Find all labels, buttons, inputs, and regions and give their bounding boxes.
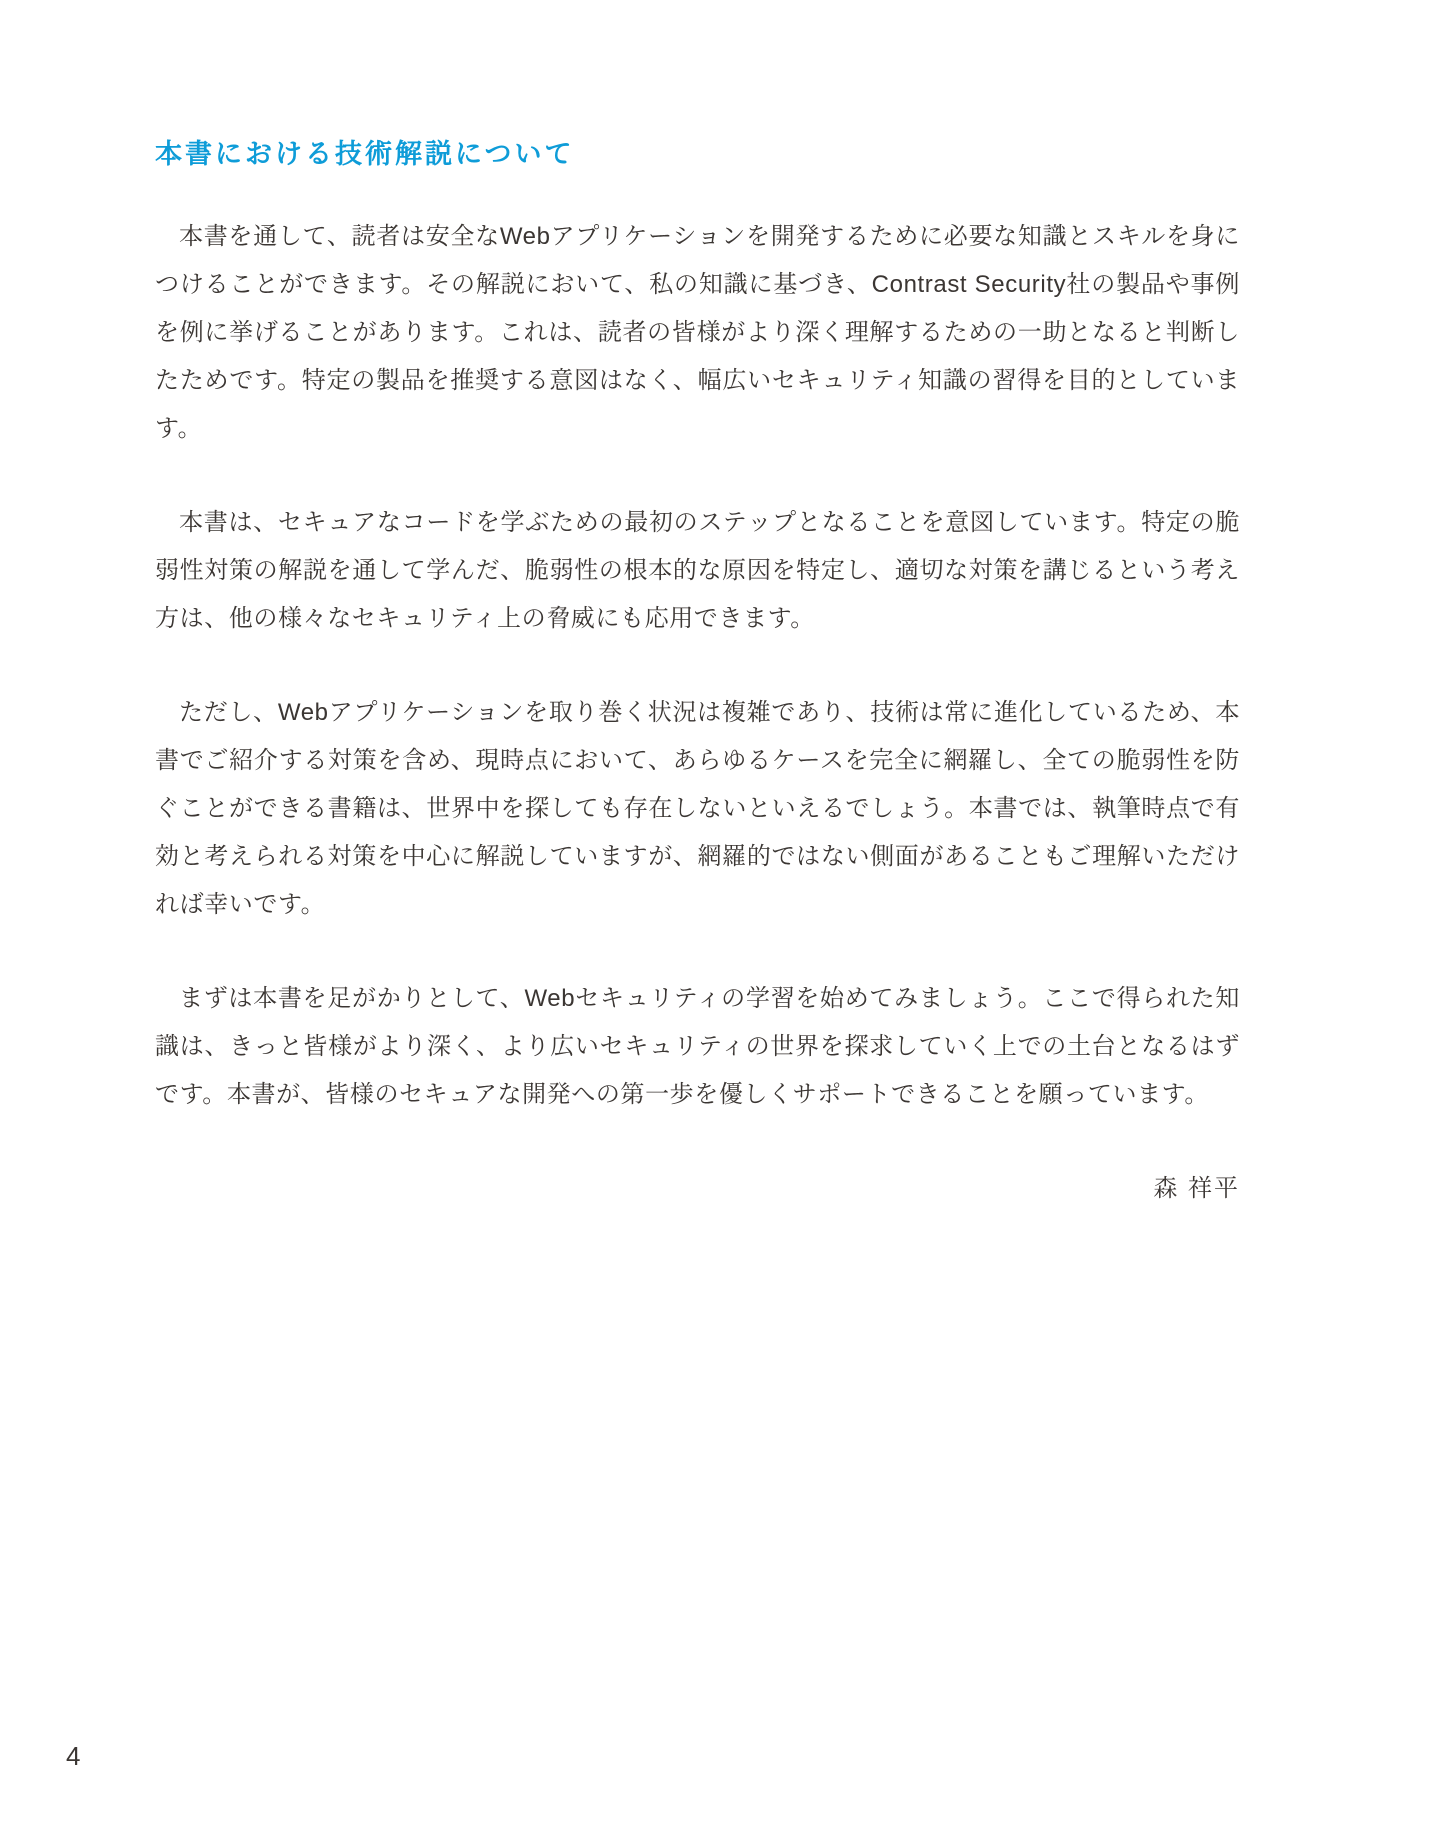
paragraph-intro: 本書を通して、読者は安全なWebアプリケーションを開発するために必要な知識とスキ… [155,213,1240,453]
paragraph-first-step: 本書は、セキュアなコードを学ぶための最初のステップとなることを意図しています。特… [155,499,1240,643]
author-signature: 森 祥平 [155,1165,1240,1213]
paragraph-caveat: ただし、Webアプリケーションを取り巻く状況は複雑であり、技術は常に進化している… [155,689,1240,929]
page-number: 4 [66,1741,80,1772]
page-title: 本書における技術解説について [155,132,1240,171]
document-page: 本書における技術解説について 本書を通して、読者は安全なWebアプリケーションを… [0,0,1433,1827]
page-content: 本書における技術解説について 本書を通して、読者は安全なWebアプリケーションを… [155,132,1240,1213]
paragraph-closing: まずは本書を足がかりとして、Webセキュリティの学習を始めてみましょう。ここで得… [155,975,1240,1119]
